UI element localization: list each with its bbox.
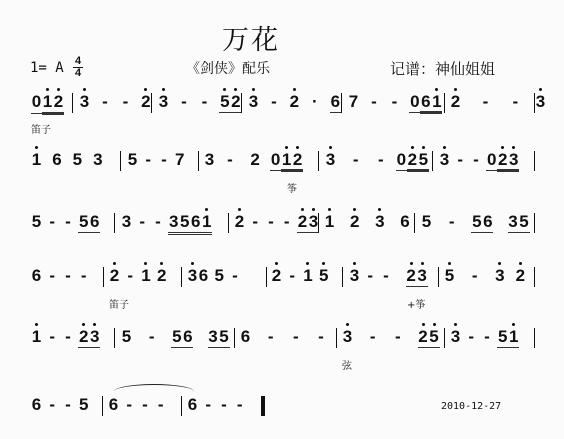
measure-4: 2 - 1 5 xyxy=(271,266,329,286)
measure-4: 1 2 3 6 xyxy=(324,212,411,232)
instrument-label-dizi-2: 笛子 xyxy=(109,296,129,311)
measure-3: 2 - - - 23 xyxy=(234,212,319,232)
measure-1: 1 - - 23 xyxy=(31,327,100,347)
measure-5: 7 - - 061 xyxy=(348,92,442,112)
measure-1: 1 6 5 3 xyxy=(31,150,103,170)
score-row-5: 1 - - 23 5 - 56 35 6 - - - 3 - - 25 3 - … xyxy=(0,327,564,357)
barline xyxy=(318,151,319,171)
barline xyxy=(342,267,343,287)
barline xyxy=(414,213,415,233)
barline xyxy=(114,213,115,233)
barline xyxy=(534,328,535,348)
measure-2: 3 - - 3561 xyxy=(121,212,212,232)
barline xyxy=(318,213,319,233)
transcription-date: 2010-12-27 xyxy=(441,401,501,412)
barline xyxy=(72,93,73,113)
barline xyxy=(438,267,439,287)
time-signature-top: 4 xyxy=(72,56,84,67)
measure-6: 5 - 3 2 xyxy=(444,266,526,286)
barline xyxy=(534,267,535,287)
time-signature: 4 4 xyxy=(72,56,84,79)
measure-2: 2 - 1 2 xyxy=(109,266,167,286)
measure-3: 6 - - - xyxy=(187,395,245,415)
barline xyxy=(103,267,104,287)
measure-1: 5 - - 56 xyxy=(31,212,100,232)
measure-1: 6 - - - xyxy=(31,266,89,286)
instrument-label-xian: 弦 xyxy=(342,357,352,372)
instrument-label-dizi: 笛子 xyxy=(31,121,51,136)
barline xyxy=(266,267,267,287)
instrument-label-zheng: 筝 xyxy=(287,180,297,195)
measure-2: 3 - - 2 xyxy=(79,92,151,112)
barline xyxy=(444,328,445,348)
barline xyxy=(151,93,152,113)
measure-3: 36 5 - xyxy=(187,266,240,286)
barline xyxy=(114,328,115,348)
measure-4: 3 - - 25 xyxy=(342,327,440,347)
barline xyxy=(432,151,433,171)
measure-6: 2 - - 3 xyxy=(450,92,546,112)
subtitle: 《剑侠》配乐 xyxy=(186,58,270,78)
barline xyxy=(534,151,535,171)
measure-3: 3 - 2 012 xyxy=(204,150,303,170)
barline xyxy=(336,328,337,348)
score-row-4: 6 - - - 2 - 1 2 36 5 - 2 - 1 5 3 - - 23 … xyxy=(0,266,564,296)
measure-1: 6 - - 5 xyxy=(31,395,89,415)
measure-5: 3 - - 023 xyxy=(439,150,519,170)
key-signature: 1= A xyxy=(30,60,64,76)
score-row-1: 012 3 - - 2 3 - - 52 3 - 2 · 6 7 - - 061… xyxy=(0,92,564,122)
measure-3: 6 - - - xyxy=(240,327,327,347)
score-row-2: 1 6 5 3 5 - - 7 3 - 2 012 3 - - 025 3 - … xyxy=(0,150,564,180)
measure-2: 5 - 56 35 xyxy=(121,327,230,347)
barline xyxy=(120,151,121,171)
barline xyxy=(102,396,103,416)
transcriber-credit: 记谱：神仙姐姐 xyxy=(390,58,495,79)
barline xyxy=(341,93,342,113)
measure-2: 6 - - - xyxy=(108,395,166,415)
barline xyxy=(198,151,199,171)
barline xyxy=(234,328,235,348)
measure-5: 5 - 56 35 xyxy=(421,212,530,232)
barline xyxy=(444,93,445,113)
measure-3: 3 - - 52 xyxy=(158,92,241,112)
barline xyxy=(181,267,182,287)
barline xyxy=(228,213,229,233)
score-title: 万花 xyxy=(222,18,280,57)
measure-4: 3 - 2 · 6 xyxy=(248,92,341,112)
measure-5: 3 - - 51 xyxy=(450,327,519,347)
barline xyxy=(181,396,182,416)
measure-4: 3 - - 025 xyxy=(325,150,429,170)
barline xyxy=(534,93,535,113)
measure-5: 3 - - 23 xyxy=(349,266,428,286)
measure-2: 5 - - 7 xyxy=(127,150,185,170)
time-signature-bottom: 4 xyxy=(72,68,84,79)
barline xyxy=(534,213,535,233)
barline xyxy=(241,93,242,113)
note-group: 012 xyxy=(31,92,64,114)
final-barline xyxy=(261,396,265,416)
instrument-label-plus-zheng: +筝 xyxy=(407,296,425,311)
score-row-3: 5 - - 56 3 - - 3561 2 - - - 23 1 2 3 6 5… xyxy=(0,212,564,242)
